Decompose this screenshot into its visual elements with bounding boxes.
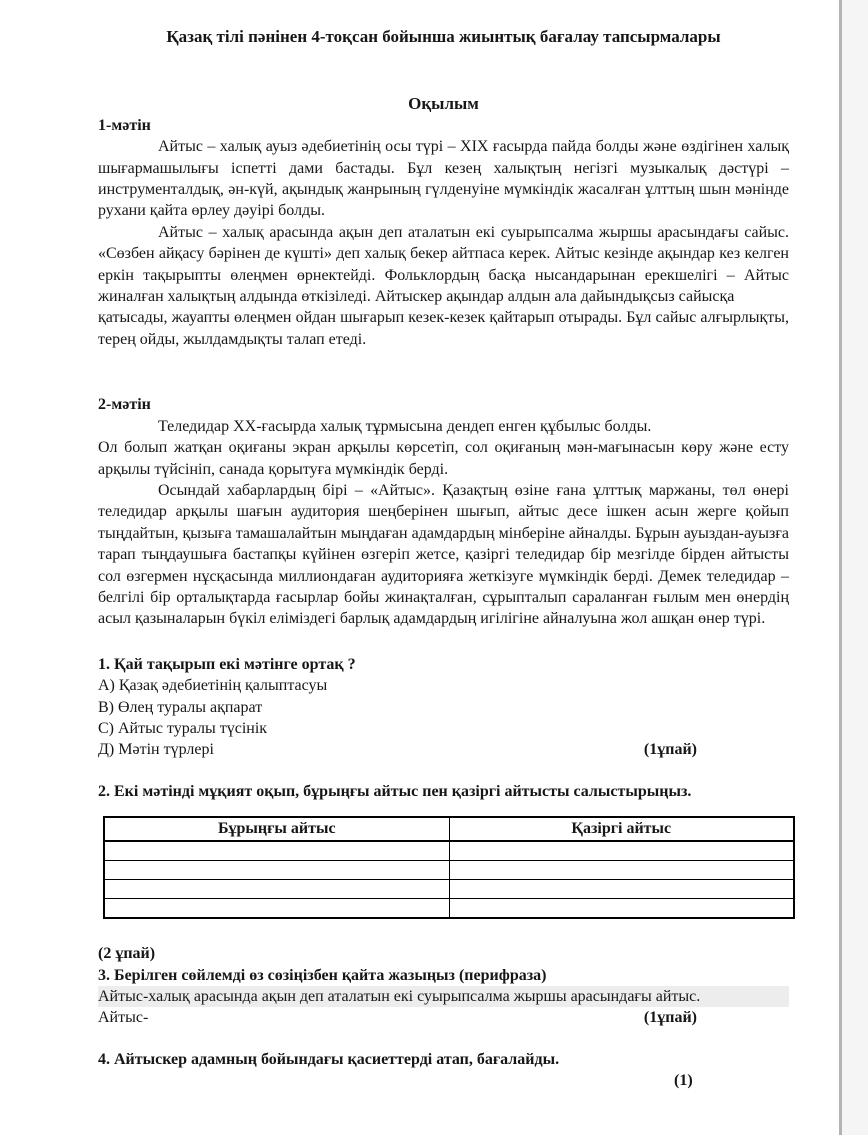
question-3-answer-prefix: Айтыс-: [98, 1007, 148, 1028]
spacer: [98, 630, 789, 654]
comparison-table: Бұрыңғы айтыс Қазіргі айтыс: [103, 816, 795, 919]
question-1-option-a: А) Қазақ әдебиетінің қалыптасуы: [98, 675, 789, 696]
question-3-text: 3. Берілген сөйлемді өз сөзіңізбен қайта…: [98, 965, 789, 986]
question-3-source-line: Айтыс-халық арасында ақын деп аталатын е…: [98, 986, 789, 1007]
question-2-points: (2 ұпай): [98, 943, 789, 964]
table-empty-cell: [104, 861, 449, 880]
table-empty-cell: [104, 880, 449, 899]
text1-label: 1-мәтін: [98, 115, 789, 136]
comparison-table-head: Бұрыңғы айтыс Қазіргі айтыс: [104, 817, 794, 841]
text1-paragraph-2a: Айтыс – халық арасында ақын деп аталатын…: [98, 222, 789, 308]
text1-paragraph-1: Айтыс – халық ауыз әдебиетінің осы түрі …: [98, 136, 789, 222]
spacer: [98, 761, 789, 781]
text2-paragraph-1: Теледидар ХХ-ғасырда халық тұрмысына ден…: [98, 416, 789, 437]
table-empty-row: [104, 899, 794, 919]
question-1-text: 1. Қай тақырып екі мәтінге ортақ ?: [98, 654, 789, 675]
question-4-points: (1): [98, 1070, 789, 1091]
text2-label: 2-мәтін: [98, 394, 789, 415]
table-empty-cell: [104, 899, 449, 919]
question-1-option-d-row: Д) Мәтін түрлері (1ұпай): [98, 739, 789, 760]
table-header-row: Бұрыңғы айтыс Қазіргі айтыс: [104, 817, 794, 841]
comparison-table-body: [104, 841, 794, 918]
question-4-text: 4. Айтыскер адамның бойындағы қасиеттерд…: [98, 1049, 789, 1070]
document-content: Қазақ тілі пәнінен 4-тоқсан бойынша жиын…: [0, 0, 839, 1092]
table-empty-cell: [449, 899, 794, 919]
question-3-source-sentence: Айтыс-халық арасында ақын деп аталатын е…: [98, 986, 789, 1007]
spacer: [98, 919, 789, 943]
table-empty-cell: [449, 841, 794, 861]
table-empty-row: [104, 880, 794, 899]
text1-paragraph-2b: қатысады, жауапты өлеңмен ойдан шығарып …: [98, 307, 789, 350]
table-empty-row: [104, 861, 794, 880]
spacer: [98, 350, 789, 394]
question-3-answer-row: Айтыс- (1ұпай): [98, 1007, 789, 1028]
question-1-points: (1ұпай): [644, 739, 789, 760]
table-empty-cell: [449, 861, 794, 880]
table-empty-cell: [449, 880, 794, 899]
table-header-modern-aitys: Қазіргі айтыс: [449, 817, 794, 841]
section-heading-okylym: Оқылым: [98, 93, 789, 114]
question-1-option-c: С) Айтыс туралы түсінік: [98, 718, 789, 739]
question-3-points: (1ұпай): [644, 1007, 789, 1028]
document-title: Қазақ тілі пәнінен 4-тоқсан бойынша жиын…: [98, 26, 789, 47]
question-1-option-b: В) Өлең туралы ақпарат: [98, 697, 789, 718]
text2-paragraph-3: Осындай хабарлардың бірі – «Айтыс». Қаза…: [98, 480, 789, 630]
document-page: Қазақ тілі пәнінен 4-тоқсан бойынша жиын…: [0, 0, 842, 1135]
question-1-option-d: Д) Мәтін түрлері: [98, 739, 214, 760]
spacer: [98, 1029, 789, 1049]
text2-paragraph-2: Ол болып жатқан оқиғаны экран арқылы көр…: [98, 437, 789, 480]
table-header-old-aitys: Бұрыңғы айтыс: [104, 817, 449, 841]
question-2-text: 2. Екі мәтінді мұқият оқып, бұрыңғы айты…: [98, 781, 789, 802]
table-empty-cell: [104, 841, 449, 861]
table-empty-row: [104, 841, 794, 861]
